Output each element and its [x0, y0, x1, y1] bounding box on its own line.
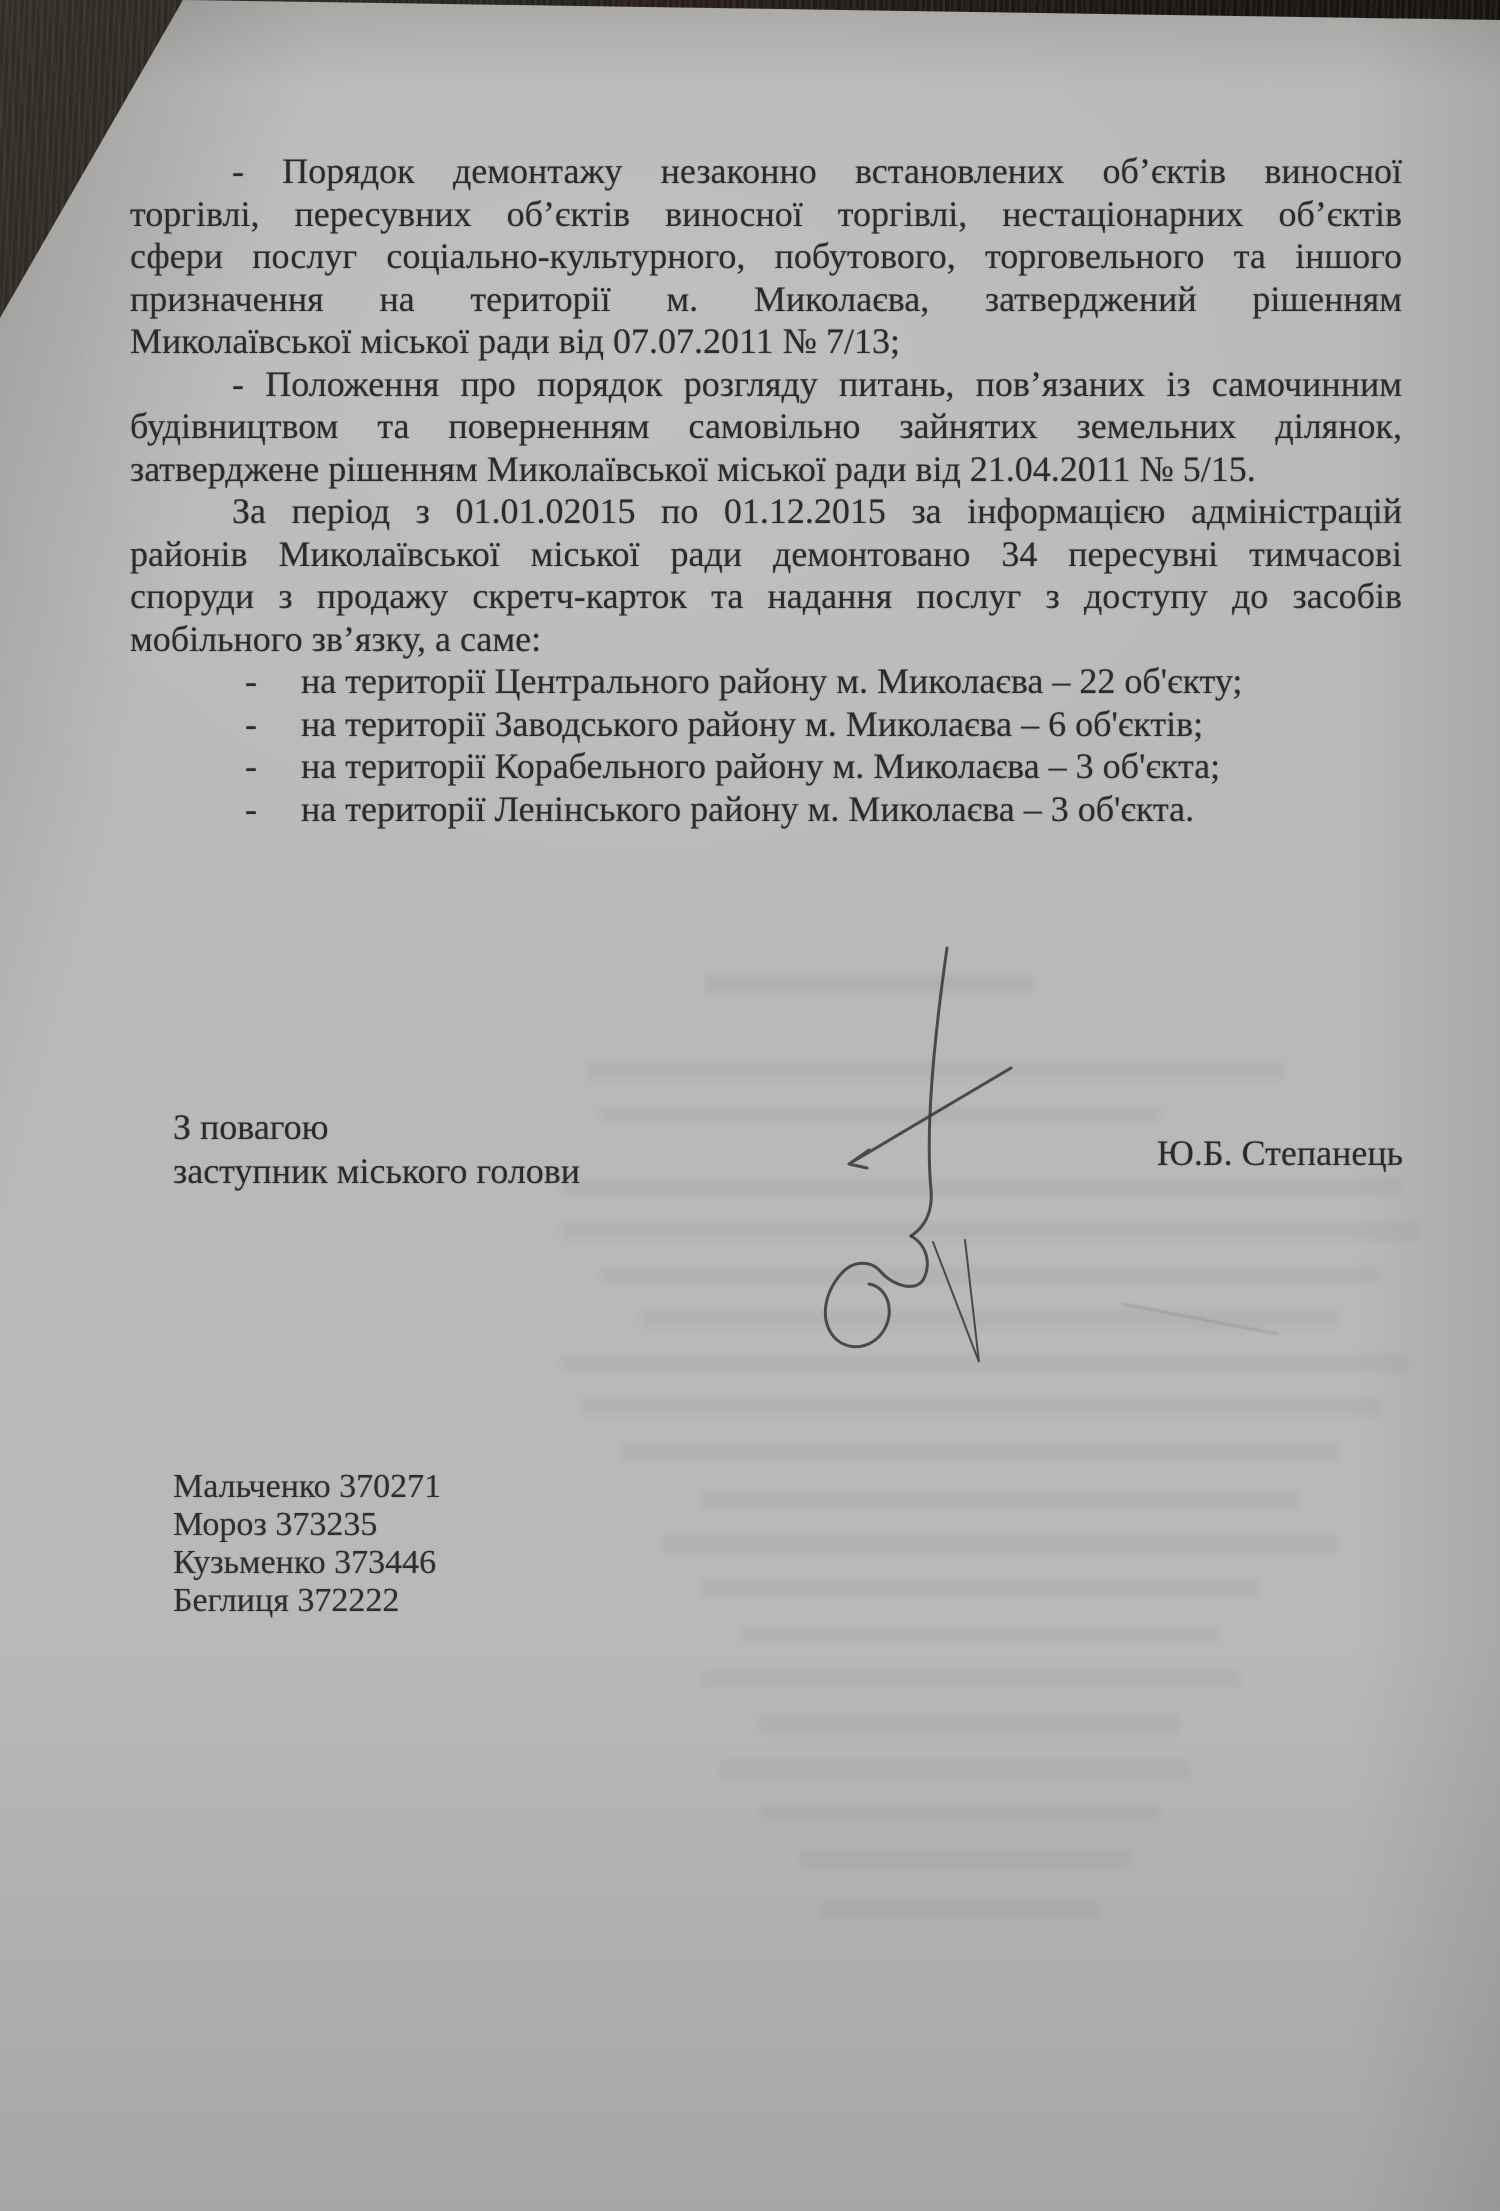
text-line: затверджене рішенням Миколаївської міськ…	[130, 448, 1402, 491]
list-item-leninskyi-district: -на території Ленінського району м. Мико…	[130, 788, 1402, 831]
list-item-text: на території Заводського району м. Микол…	[301, 704, 1203, 744]
paragraph-period-statistics: За період з 01.01.02015 по 01.12.2015 за…	[130, 490, 1402, 660]
contact-moroz: Мороз 373235	[173, 1506, 441, 1544]
text-line: - Порядок демонтажу незаконно встановлен…	[130, 150, 1402, 193]
signer-name: Ю.Б. Степанець	[1157, 1132, 1403, 1174]
list-dash: -	[245, 788, 301, 831]
document-page: - Порядок демонтажу незаконно встановлен…	[0, 0, 1500, 2211]
list-item-text: на території Центрального району м. Мико…	[301, 661, 1242, 701]
list-item-korabelnyi-district: -на території Корабельного району м. Мик…	[130, 745, 1402, 788]
closing-block: З повагою заступник міського голови Ю.Б.…	[173, 1106, 1403, 1226]
list-dash: -	[245, 703, 301, 746]
list-item-text: на території Ленінського району м. Микол…	[301, 789, 1194, 829]
district-list: -на території Центрального району м. Мик…	[130, 660, 1402, 830]
contact-kuzmenko: Кузьменко 373446	[173, 1544, 441, 1582]
text-line: За період з 01.01.02015 по 01.12.2015 за…	[130, 490, 1402, 533]
text-line: торгівлі, пересувних об’єктів виносної т…	[130, 193, 1402, 236]
signer-position: заступник міського голови	[173, 1150, 580, 1192]
contact-malchenko: Мальченко 370271	[173, 1468, 441, 1506]
contact-list: Мальченко 370271 Мороз 373235 Кузьменко …	[173, 1468, 441, 1620]
contact-behlytsia: Беглиця 372222	[173, 1582, 441, 1620]
text-line: районів Миколаївської міської ради демон…	[130, 533, 1402, 576]
text-line: мобільного зв’язку, а саме:	[130, 618, 1402, 661]
list-item-zavodskyi-district: -на території Заводського району м. Мико…	[130, 703, 1402, 746]
paragraph-dismantling-order: - Порядок демонтажу незаконно встановлен…	[130, 150, 1402, 363]
list-item-central-district: -на території Центрального району м. Мик…	[130, 660, 1402, 703]
text-line: Миколаївської міської ради від 07.07.201…	[130, 320, 1402, 363]
text-line: призначення на території м. Миколаєва, з…	[130, 278, 1402, 321]
text-line: споруди з продажу скретч-карток та надан…	[130, 575, 1402, 618]
text-line: будівництвом та поверненням самовільно з…	[130, 405, 1402, 448]
list-dash: -	[245, 745, 301, 788]
text-line: сфери послуг соціально-культурного, побу…	[130, 235, 1402, 278]
paragraph-self-construction-regulation: - Положення про порядок розгляду питань,…	[130, 363, 1402, 491]
letter-body: - Порядок демонтажу незаконно встановлен…	[130, 150, 1402, 830]
list-dash: -	[245, 660, 301, 703]
list-item-text: на території Корабельного району м. Мико…	[301, 746, 1220, 786]
closing-salutation: З повагою	[173, 1106, 329, 1148]
text-line: - Положення про порядок розгляду питань,…	[130, 363, 1402, 406]
